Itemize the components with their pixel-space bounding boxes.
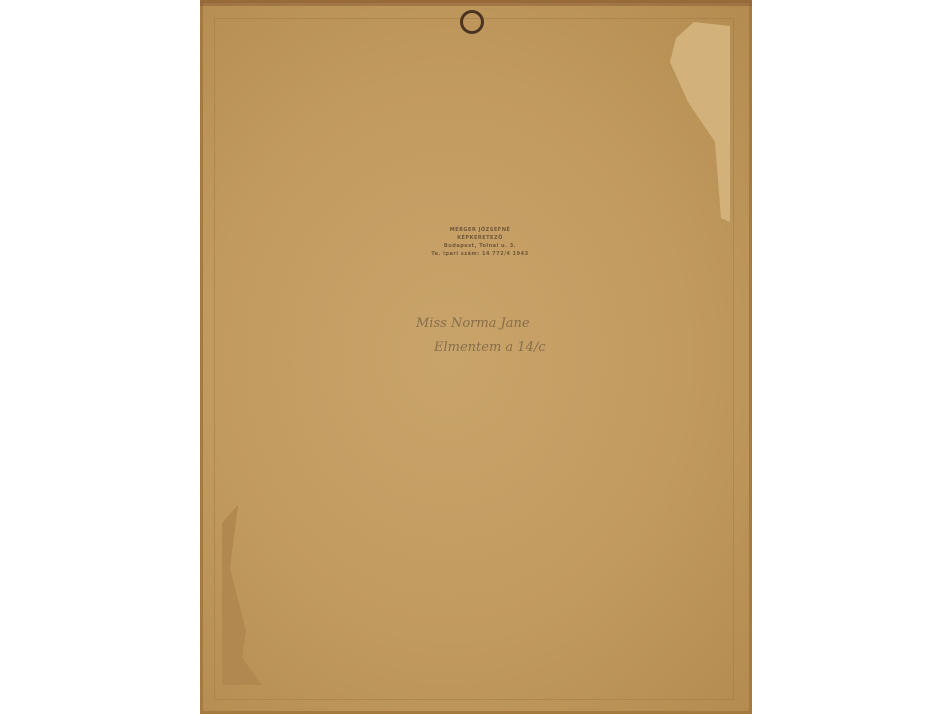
handwriting-line: Elmentem a 14/c: [416, 336, 616, 360]
stamp-line: MERGER JÓZSEFNÉ: [420, 226, 540, 234]
stamp-line: Budapest, Tolnai u. 3.: [420, 242, 540, 250]
handwritten-note: Miss Norma Jane Elmentem a 14/c: [416, 312, 616, 360]
framer-stamp: MERGER JÓZSEFNÉ KÉPKERETEZŐ Budapest, To…: [420, 226, 540, 258]
top-edge: [200, 0, 752, 6]
handwriting-line: Miss Norma Jane: [416, 312, 616, 336]
frame-backing: MERGER JÓZSEFNÉ KÉPKERETEZŐ Budapest, To…: [200, 0, 752, 714]
stamp-line: KÉPKERETEZŐ: [420, 234, 540, 242]
stamp-line: Te. ipari szám: 14 772/4 1943: [420, 250, 540, 258]
hanging-ring-icon: [460, 10, 484, 34]
